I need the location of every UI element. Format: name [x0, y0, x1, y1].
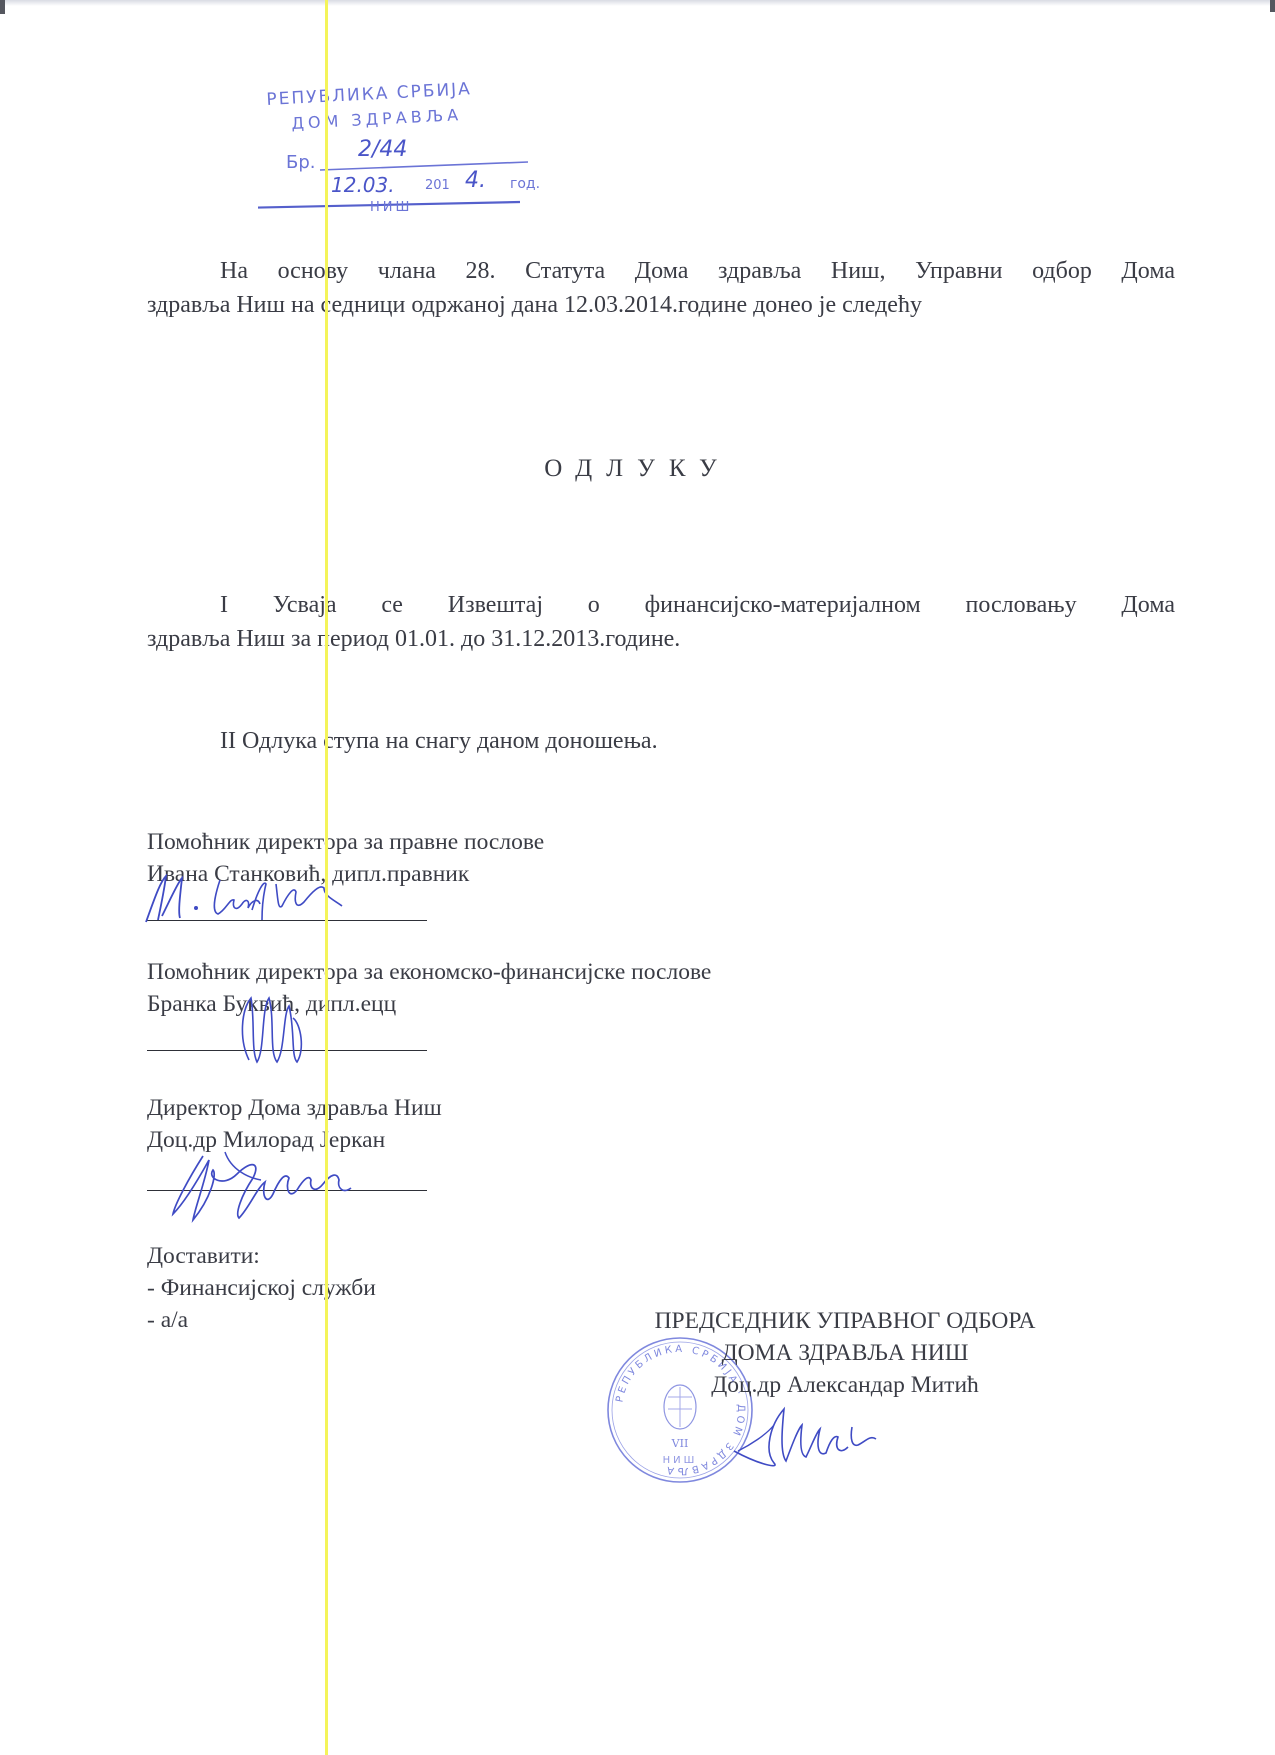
- distribution-label: Доставити:: [147, 1240, 376, 1272]
- article-2: II Одлука ступа на снагу даном доношења.: [220, 724, 658, 758]
- stamp-date: 12.03.: [331, 173, 395, 197]
- scan-corner-left: [0, 0, 5, 14]
- preamble-line-2: здравља Ниш на седници одржаној дана 12.…: [147, 288, 1175, 322]
- signature-3: [165, 1148, 445, 1228]
- distribution-item: - Финансијској служби: [147, 1272, 376, 1304]
- signatory-2: Помоћник директора за економско-финансиј…: [147, 956, 711, 1020]
- signatory-1-role: Помоћник директора за правне послове: [147, 826, 544, 858]
- signatory-2-name: Бранка Буквић, дипл.ецц: [147, 988, 711, 1020]
- article-1-line-2: здравља Ниш за период 01.01. до 31.12.20…: [147, 622, 1175, 656]
- distribution: Доставити: - Финансијској служби - а/а: [147, 1240, 376, 1336]
- signatory-3: Директор Дома здравља Ниш Доц.др Милорад…: [147, 1092, 442, 1156]
- signatory-3-role: Директор Дома здравља Ниш: [147, 1092, 442, 1124]
- signature-president: [730, 1405, 930, 1475]
- distribution-item: - а/а: [147, 1304, 376, 1336]
- president-name: Доц.др Александар Митић: [600, 1369, 1090, 1401]
- document-title: ОДЛУКУ: [0, 452, 1275, 486]
- preamble-line-1: На основу члана 28. Статута Дома здравља…: [147, 254, 1175, 288]
- registry-stamp: РЕПУБЛИКА СРБИЈА ДОМ ЗДРАВЉА Бр. 2/44 12…: [258, 90, 558, 220]
- signature-2: [235, 990, 325, 1070]
- highlighter-line: [325, 0, 328, 1755]
- stamp-city: НИШ: [370, 200, 412, 215]
- article-1-line-1: I Усваја се Извештај о финансијско-матер…: [147, 588, 1175, 622]
- scan-top-edge: [0, 0, 1275, 6]
- seal-center-text: VII: [671, 1437, 689, 1450]
- scan-corner-right: [1270, 0, 1275, 12]
- stamp-year-handwritten: 4.: [465, 168, 486, 193]
- stamp-number-value: 2/44: [358, 137, 407, 162]
- stamp-year-printed: 201: [425, 178, 450, 193]
- signature-1: [140, 870, 440, 930]
- signatory-2-role: Помоћник директора за економско-финансиј…: [147, 956, 711, 988]
- preamble: На основу члана 28. Статута Дома здравља…: [147, 254, 1175, 322]
- stamp-year-suffix: год.: [510, 176, 540, 192]
- seal-bottom-text: НИШ: [663, 1455, 698, 1466]
- stamp-number-label: Бр.: [286, 152, 316, 173]
- president-title-2: ДОМА ЗДРАВЉА НИШ: [600, 1337, 1090, 1369]
- president-block: ПРЕДСЕДНИК УПРАВНОГ ОДБОРА ДОМА ЗДРАВЉА …: [600, 1305, 1090, 1401]
- president-title-1: ПРЕДСЕДНИК УПРАВНОГ ОДБОРА: [600, 1305, 1090, 1337]
- article-1: I Усваја се Извештај о финансијско-матер…: [147, 588, 1175, 656]
